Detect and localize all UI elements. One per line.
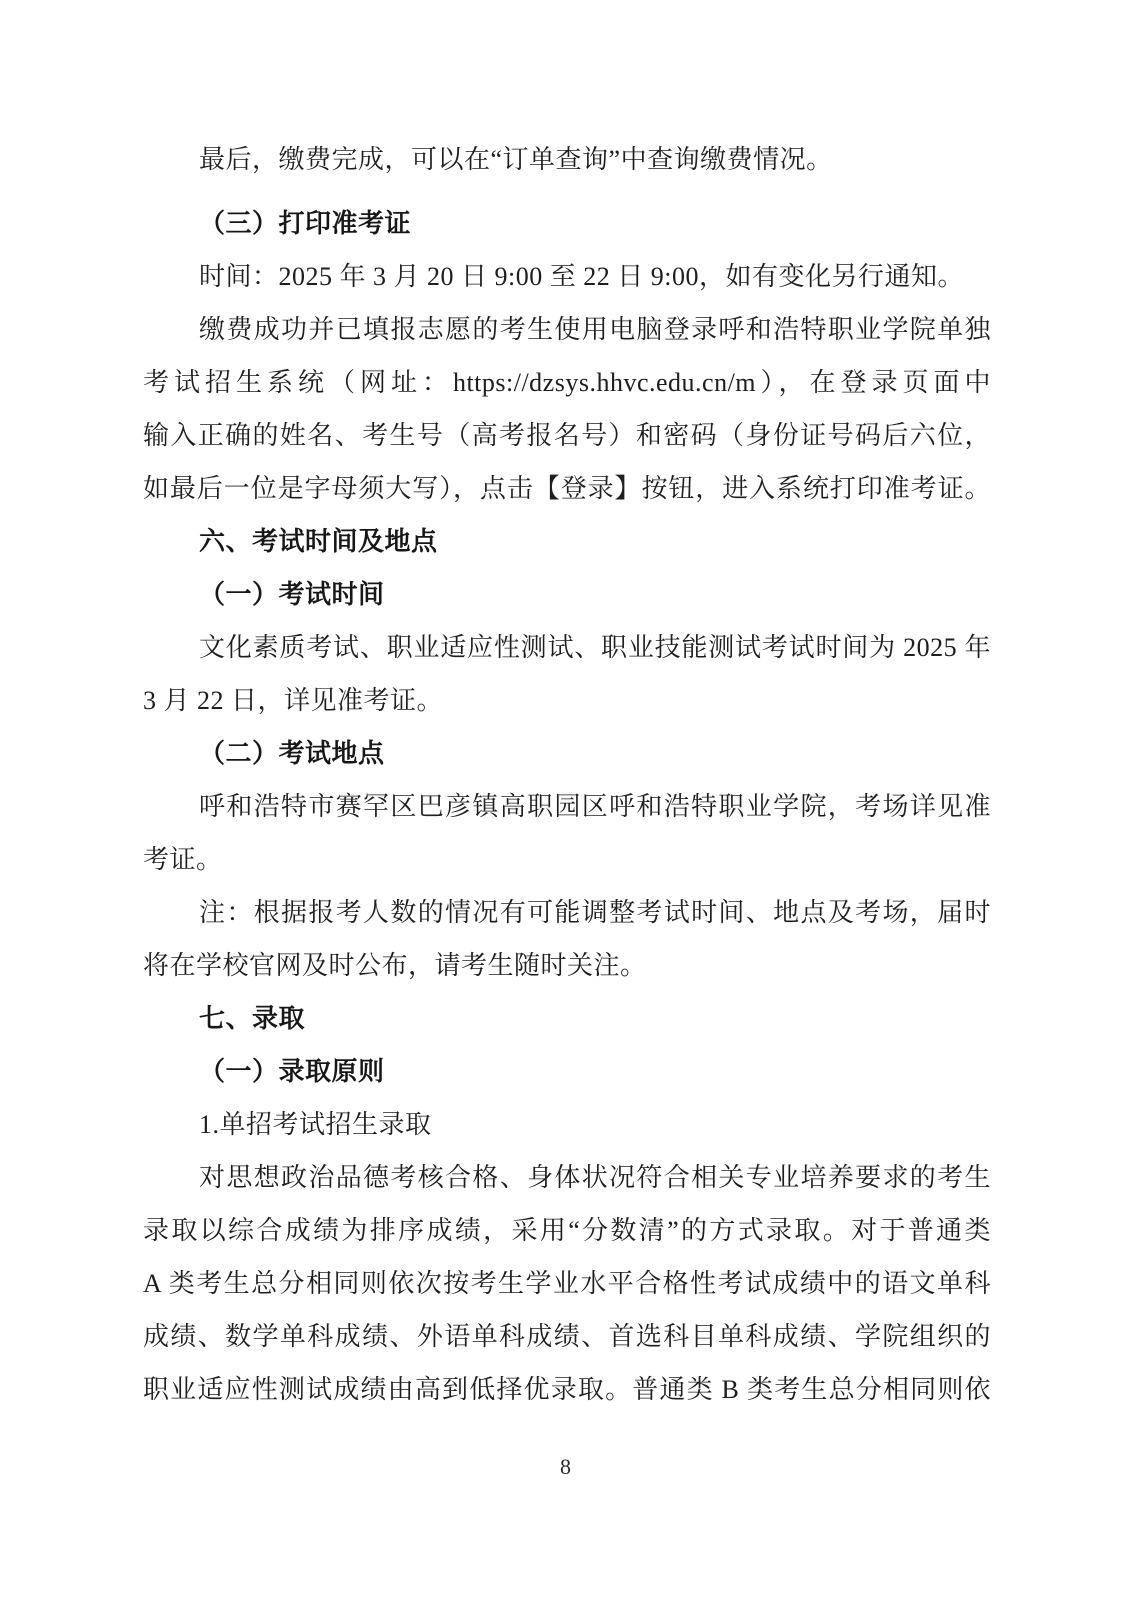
text-line: 3 月 22 日，详见准考证。 — [143, 674, 991, 727]
text-line: A 类考生总分相同则依次按考生学业水平合格性考试成绩中的语文单科 — [143, 1257, 991, 1310]
text-line: 时间：2025 年 3 月 20 日 9:00 至 22 日 9:00，如有变化… — [143, 250, 991, 303]
section-heading: 六、考试时间及地点 — [143, 515, 991, 568]
text-line: 最后，缴费完成，可以在“订单查询”中查询缴费情况。 — [143, 133, 991, 186]
section-heading: （一）考试时间 — [143, 568, 991, 621]
text-line: 如最后一位是字母须大写），点击【登录】按钮，进入系统打印准考证。 — [143, 462, 991, 515]
section-heading: 七、录取 — [143, 992, 991, 1045]
text-line: 录取以综合成绩为排序成绩，采用“分数清”的方式录取。对于普通类 — [143, 1204, 991, 1257]
text-line: 呼和浩特市赛罕区巴彦镇高职园区呼和浩特职业学院，考场详见准 — [143, 780, 991, 833]
text-line: 注：根据报考人数的情况有可能调整考试时间、地点及考场，届时 — [143, 886, 991, 939]
text-line: 考试招生系统（网址：https://dzsys.hhvc.edu.cn/m），在… — [143, 356, 991, 409]
text-line: 文化素质考试、职业适应性测试、职业技能测试考试时间为 2025 年 — [143, 621, 991, 674]
section-heading: （三）打印准考证 — [143, 197, 991, 250]
text-line: 对思想政治品德考核合格、身体状况符合相关专业培养要求的考生 — [143, 1151, 991, 1204]
text-line: 成绩、数学单科成绩、外语单科成绩、首选科目单科成绩、学院组织的 — [143, 1310, 991, 1363]
document-page: 最后，缴费完成，可以在“订单查询”中查询缴费情况。（三）打印准考证时间：2025… — [0, 0, 1131, 1600]
text-line: 1.单招考试招生录取 — [143, 1098, 991, 1151]
page-number: 8 — [0, 1452, 1131, 1482]
text-line: 缴费成功并已填报志愿的考生使用电脑登录呼和浩特职业学院单独 — [143, 303, 991, 356]
section-heading: （一）录取原则 — [143, 1045, 991, 1098]
text-line: 职业适应性测试成绩由高到低择优录取。普通类 B 类考生总分相同则依 — [143, 1363, 991, 1416]
text-line: 输入正确的姓名、考生号（高考报名号）和密码（身份证号码后六位， — [143, 409, 991, 462]
section-heading: （二）考试地点 — [143, 727, 991, 780]
document-body-text: 最后，缴费完成，可以在“订单查询”中查询缴费情况。（三）打印准考证时间：2025… — [143, 133, 991, 1416]
text-line: 将在学校官网及时公布，请考生随时关注。 — [143, 939, 991, 992]
text-line: 考证。 — [143, 833, 991, 886]
